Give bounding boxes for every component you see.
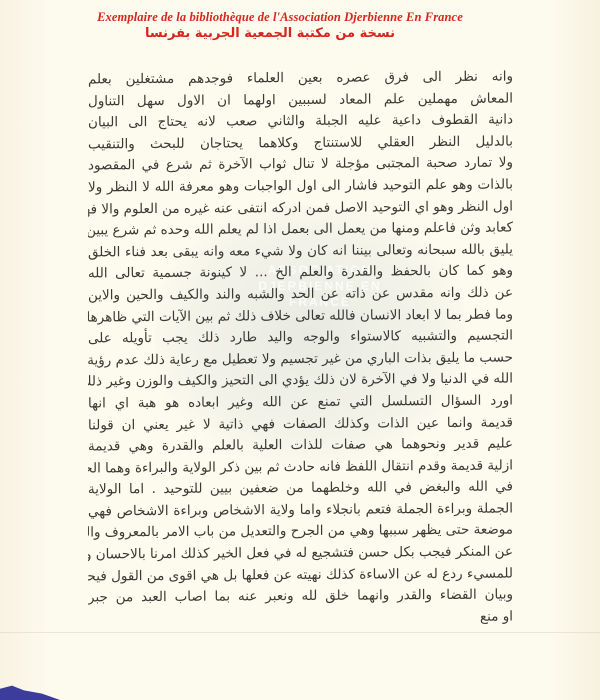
manuscript-line: عليم قدير ونحوهما هي صفات للذات العلية ب…: [88, 434, 513, 459]
manuscript-line: التجسيم والتشبيه كالاستواء والوجه واليد …: [88, 326, 513, 351]
manuscript-line: وهو كما كان بالحفظ والقدرة والعلم الخ ..…: [88, 261, 513, 286]
manuscript-line: الله في الدنيا ولا في الآخرة لان ذلك يؤد…: [88, 369, 513, 394]
manuscript-line: قديمة وانما عين الذات وكذلك الصفات فهي ذ…: [88, 412, 513, 437]
manuscript-line: ولا تمارد صحبة المجتبى مؤجلة لا تنال ثوا…: [88, 153, 513, 178]
manuscript-line: وانه نظر الى فرق عصره بعين العلماء فوجده…: [88, 67, 513, 92]
library-stamp-header: Exemplaire de la bibliothèque de l'Assoc…: [0, 10, 600, 41]
manuscript-page: Exemplaire de la bibliothèque de l'Assoc…: [0, 0, 600, 700]
page-fold-line: [0, 632, 600, 633]
manuscript-line: في الله والبغض في الله وخلطهما من ضعفين …: [88, 477, 513, 502]
manuscript-line: او منع: [88, 606, 513, 631]
manuscript-line: كعابد وثن فاعلم ومنها من يعمل الى بعمل ا…: [88, 218, 513, 243]
manuscript-line: عن المنكر فيجب بكل حسن فتشجيع له في فعل …: [88, 542, 513, 567]
manuscript-line: وبيان القضاء والقدر وانهما خلق لله ونعبر…: [88, 585, 513, 610]
manuscript-line: بالذات وهو علم التوحيد فاشار الى اول الو…: [88, 174, 513, 199]
manuscript-line: عن ذلك وانه مقدس عن ذاته عن الحد والشبه …: [88, 282, 513, 307]
manuscript-line: اورد السؤال التسلسل التي تمنع عن الله وغ…: [88, 390, 513, 415]
manuscript-line: دانية القطوف داعية عليه الجبلة والثاني ص…: [88, 110, 513, 135]
blue-corner-edge: [0, 684, 60, 700]
manuscript-line: اول النظر وهو اي التوحيد الاصل فمن ادركه…: [88, 196, 513, 221]
manuscript-line: موضعة حتى يظهر سببها وهي من الجرح والتعد…: [88, 520, 513, 545]
manuscript-text: وانه نظر الى فرق عصره بعين العلماء فوجده…: [88, 68, 513, 629]
header-french: Exemplaire de la bibliothèque de l'Assoc…: [0, 10, 600, 25]
header-arabic: نسخة من مكتبة الجمعية الجربية بفرنسا: [0, 26, 600, 41]
manuscript-line: وما فطر بما لا ابعاد الانسان فالله تعالى…: [88, 304, 513, 329]
